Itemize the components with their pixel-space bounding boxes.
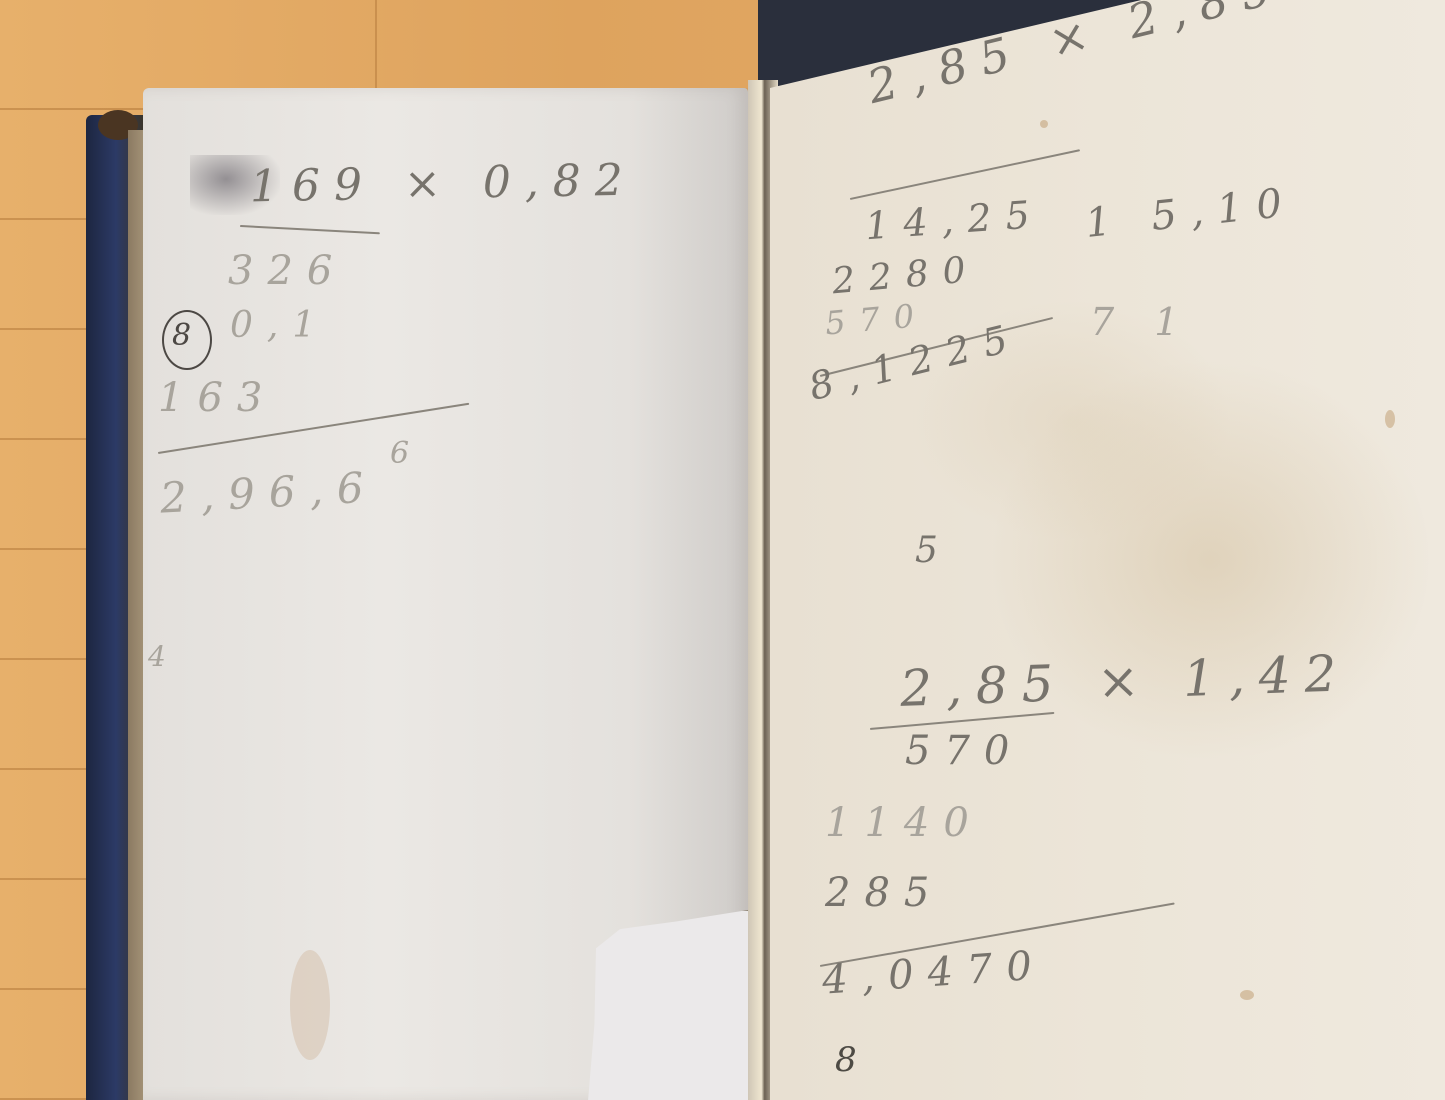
- left-margin-mark: 4: [148, 640, 180, 673]
- right-side-note-2: 7 1: [1090, 300, 1192, 344]
- circled-mark: 8: [172, 318, 191, 353]
- left-line-3: 163: [158, 375, 276, 421]
- left-result-extra: 6: [390, 436, 423, 471]
- right-bottom-line-3: 285: [825, 870, 943, 916]
- right-middle-mark: 5: [915, 530, 952, 571]
- left-line-1: 326: [228, 248, 346, 294]
- left-line-2: 0,1: [230, 305, 329, 346]
- stain: [1040, 120, 1048, 128]
- right-bottom-line-2: 1140: [825, 800, 983, 846]
- right-bottom-line-1: 570: [905, 728, 1023, 774]
- stain: [1240, 990, 1254, 1000]
- right-footer-mark: 8: [835, 1040, 871, 1080]
- left-header-calc: 169 × 0,82: [250, 155, 638, 213]
- right-endpaper: [770, 0, 1445, 1100]
- torn-page-flap: [588, 910, 748, 1100]
- stain: [1385, 410, 1395, 428]
- stain: [290, 950, 330, 1060]
